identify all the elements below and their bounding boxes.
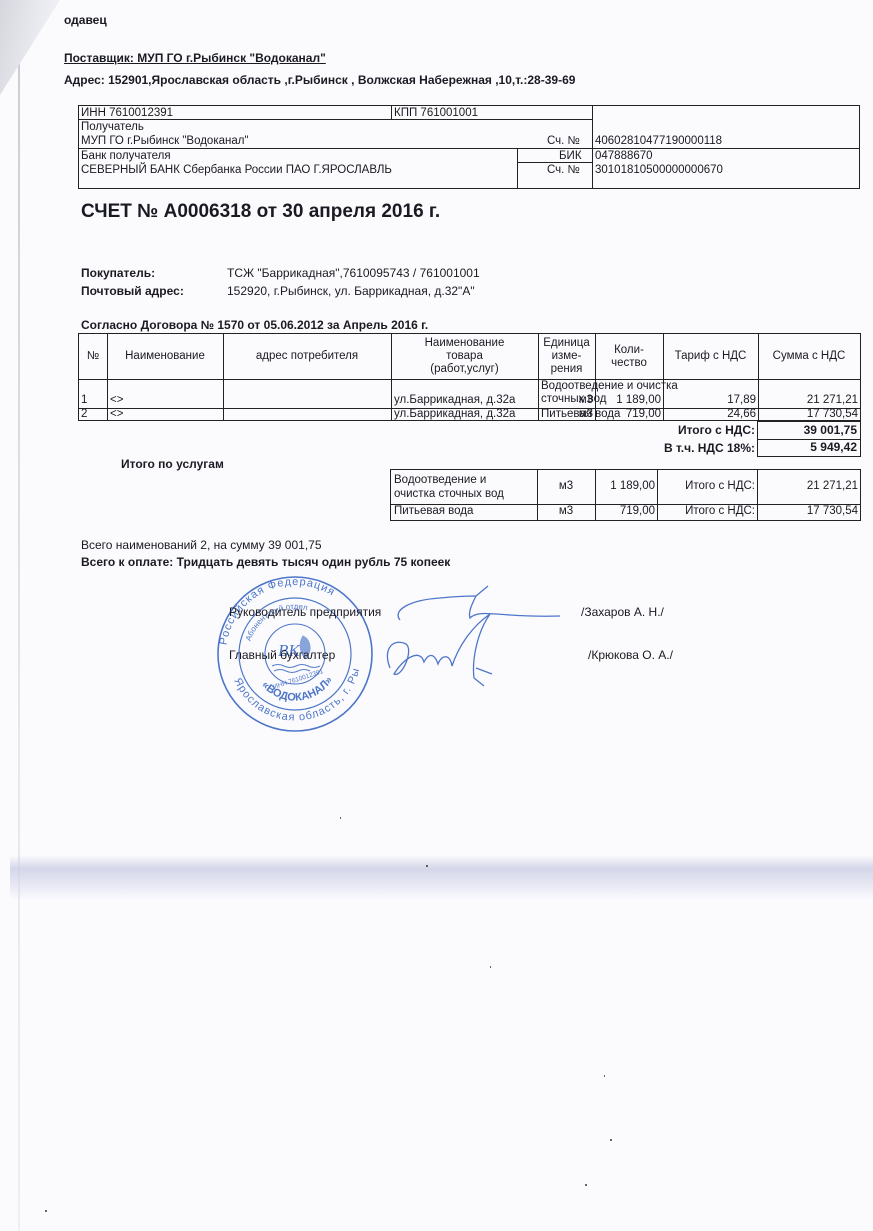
director-name: /Захаров А. Н./ [581, 605, 664, 619]
svc2-qty: 719,00 [595, 505, 657, 518]
folded-corner [0, 0, 60, 95]
row2-name: <> [108, 408, 125, 421]
recipient-label: Получатель [79, 120, 146, 135]
payable-words-line: Всего к оплате: Тридцать девять тысяч од… [81, 555, 450, 569]
accountant-name: /Крюкова О. А./ [588, 648, 673, 662]
header-tariff: Тариф с НДС [663, 334, 758, 379]
contract-line: Согласно Договора № 1570 от 05.06.2012 з… [81, 318, 428, 332]
inn: ИНН 7610012391 [79, 106, 175, 121]
row2-num: 2 [79, 408, 89, 421]
svc1-name: Водоотведение и очистка сточных вод [392, 473, 532, 501]
recipient-name: МУП ГО г.Рыбинск "Водоканал" [79, 134, 251, 149]
header-sum: Сумма с НДС [758, 334, 860, 379]
items-table: № Наименование адрес потребителя Наимено… [78, 333, 861, 421]
scan-left-edge [18, 0, 20, 1231]
row2-sum: 17 730,54 [758, 408, 860, 421]
bik-label: БИК [557, 149, 584, 164]
corr-account: 30101810500000000670 [593, 163, 725, 178]
row1-num: 1 [79, 394, 89, 407]
account-label: Сч. № [545, 134, 582, 149]
row1-unit: м3 [538, 394, 595, 407]
header-service: Наименование товара (работ,услуг) [391, 334, 538, 379]
header-qty: Коли-чество [595, 334, 663, 379]
buyer-value: ТСЖ "Баррикадная",7610095743 / 761001001 [227, 266, 480, 280]
svc2-name: Питьевая вода [392, 505, 475, 518]
svc1-qty: 1 189,00 [595, 480, 657, 493]
svc1-unit: м3 [537, 480, 595, 493]
bank-details-table: ИНН 7610012391 КПП 761001001 Получатель … [78, 105, 860, 189]
row1-qty: 1 189,00 [595, 394, 663, 407]
svc2-unit: м3 [537, 505, 595, 518]
row1-address: ул.Баррикадная, д.32а [392, 394, 517, 407]
vat-value: 5 949,42 [757, 439, 861, 457]
header-unit: Единица изме-рения [538, 334, 595, 379]
kpp: КПП 761001001 [392, 106, 480, 121]
row1-name: <> [108, 394, 125, 407]
seller-label: одавец [64, 13, 107, 27]
accountant-label: Главный бухгалтер [229, 648, 335, 662]
row1-sum: 21 271,21 [758, 394, 860, 407]
row1-tariff: 17,89 [663, 394, 758, 407]
total-label: Итого с НДС: [620, 423, 755, 437]
header-address: адрес потребителя [223, 334, 391, 379]
services-summary-title: Итого по услугам [121, 457, 224, 471]
services-summary-table: Водоотведение и очистка сточных вод м3 1… [390, 469, 861, 521]
total-value: 39 001,75 [757, 421, 861, 440]
signatures-ink [380, 578, 570, 698]
postal-label: Почтовый адрес: [81, 284, 184, 298]
svc2-label: Итого с НДС: [657, 505, 757, 518]
paper-crease [10, 855, 873, 900]
svc1-sum: 21 271,21 [757, 480, 860, 493]
bik: 047888670 [593, 149, 655, 164]
row2-tariff: 24,66 [663, 408, 758, 421]
svc2-sum: 17 730,54 [757, 505, 860, 518]
bank-label: Банк получателя [79, 149, 173, 164]
vat-label: В т.ч. НДС 18%: [600, 441, 755, 455]
row2-qty: 719,00 [595, 408, 663, 421]
supplier-line: Поставщик: МУП ГО г.Рыбинск "Водоканал" [64, 51, 326, 65]
svc1-label: Итого с НДС: [657, 480, 757, 493]
buyer-label: Покупатель: [81, 266, 155, 280]
invoice-title: СЧЕТ № А0006318 от 30 апреля 2016 г. [81, 201, 440, 223]
items-count-line: Всего наименований 2, на сумму 39 001,75 [81, 538, 322, 552]
row2-unit: м3 [538, 408, 595, 421]
postal-value: 152920, г.Рыбинск, ул. Баррикадная, д.32… [227, 284, 475, 298]
header-num: № [79, 334, 107, 379]
invoice-page: одавец Поставщик: МУП ГО г.Рыбинск "Водо… [0, 0, 873, 1231]
account-number: 40602810477190000118 [593, 134, 724, 149]
director-label: Руководитель предприятия [229, 605, 381, 619]
corr-account-label: Сч. № [545, 163, 582, 178]
header-name: Наименование [107, 334, 223, 379]
supplier-address: Адрес: 152901,Ярославская область ,г.Рыб… [64, 73, 575, 87]
row2-address: ул.Баррикадная, д.32а [392, 408, 517, 421]
bank-name: СЕВЕРНЫЙ БАНК Сбербанка России ПАО Г.ЯРО… [79, 163, 394, 178]
